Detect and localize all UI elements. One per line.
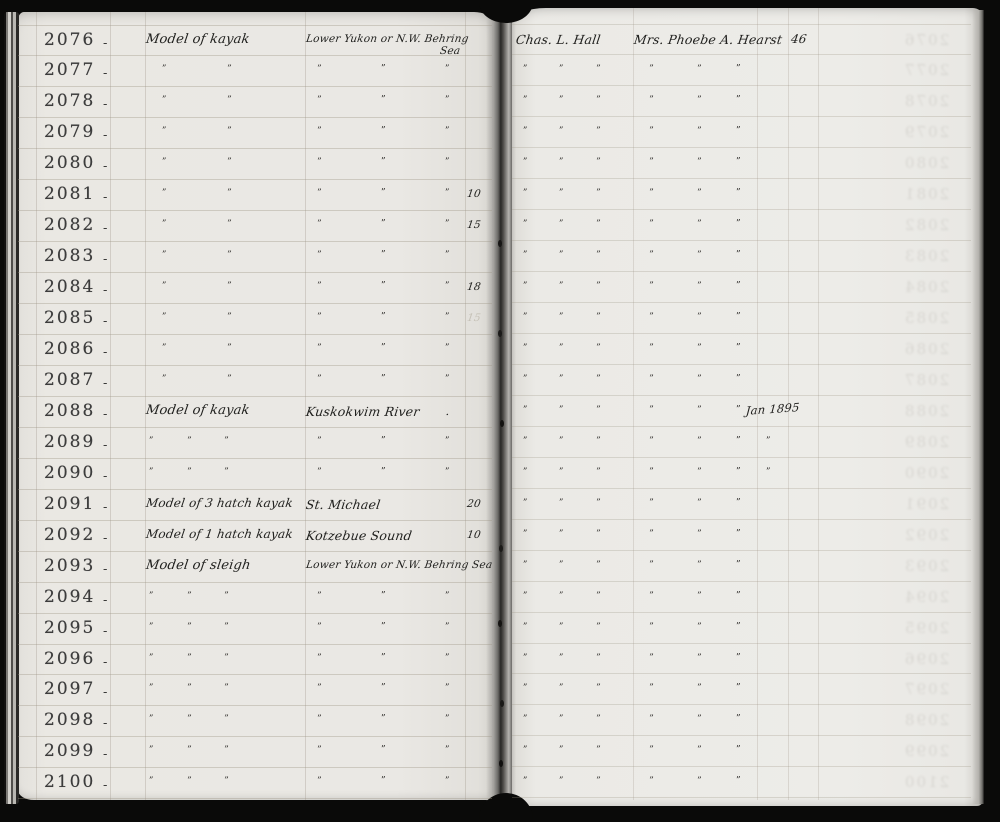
ditto-mark: ”: [596, 313, 601, 322]
ditto-mark: ”: [596, 127, 601, 136]
description-handwriting: Model of 1 hatch kayak: [145, 527, 294, 541]
ditto-mark: ”: [649, 468, 654, 477]
row-rule-line: [512, 519, 971, 520]
description-handwriting: Model of 3 hatch kayak: [145, 496, 294, 510]
ditto-mark: ”: [317, 653, 322, 662]
ditto-mark: ”: [736, 344, 741, 353]
ditto-mark: ”: [523, 96, 528, 105]
ditto-mark: ”: [227, 375, 232, 384]
ditto-mark: ”: [381, 96, 386, 105]
ditto-mark: ”: [381, 437, 386, 446]
bleed-through-number: 2078: [903, 92, 949, 110]
ditto-mark: ”: [162, 375, 167, 384]
row-number: 2079: [44, 122, 95, 142]
ditto-mark: ”: [381, 375, 386, 384]
ditto-mark: ”: [381, 282, 386, 291]
ditto-mark: ”: [736, 96, 741, 105]
ditto-mark: ”: [736, 251, 741, 260]
ditto-mark: ”: [445, 777, 450, 786]
row-number: 2088: [44, 401, 95, 421]
ditto-mark: ”: [149, 437, 154, 446]
ditto-mark: ”: [596, 220, 601, 229]
ditto-mark: ”: [149, 777, 154, 786]
row-number: 2096: [44, 649, 95, 669]
ditto-mark: ”: [523, 406, 528, 415]
ditto-mark: ”: [596, 653, 601, 662]
ditto-mark: ”: [697, 777, 702, 786]
book-binding-edge: [4, 12, 19, 804]
ditto-mark: ”: [381, 623, 386, 632]
ditto-mark: ”: [445, 96, 450, 105]
ditto-mark: ”: [187, 622, 192, 631]
ditto-mark: ”: [523, 499, 528, 508]
ditto-mark: ”: [649, 499, 654, 508]
ditto-mark: ”: [162, 158, 167, 167]
ditto-mark: ”: [697, 653, 702, 662]
quantity-handwriting: 15: [466, 219, 481, 231]
ditto-mark: ”: [187, 746, 192, 755]
ditto-mark: ”: [596, 251, 601, 260]
row-number: 2080: [44, 153, 95, 173]
ditto-mark: ”: [697, 189, 702, 198]
ditto-mark: ”: [317, 344, 322, 353]
row-rule-line: [512, 302, 971, 303]
ditto-mark: ”: [736, 715, 741, 724]
ditto-mark: ”: [596, 746, 601, 755]
ditto-mark: ”: [317, 777, 322, 786]
ditto-mark: ”: [523, 715, 528, 724]
ditto-mark: ”: [559, 530, 564, 539]
ditto-mark: ”: [149, 746, 154, 755]
ditto-mark: ”: [736, 220, 741, 229]
ditto-mark: ”: [649, 189, 654, 198]
ditto-mark: ”: [381, 220, 386, 229]
ditto-mark: ”: [445, 746, 450, 755]
ledger-scan: 2076-Model of kayakLower Yukon or N.W. B…: [0, 0, 1000, 822]
ditto-mark: ”: [649, 746, 654, 755]
row-rule-line: [512, 364, 971, 365]
ditto-mark: ”: [596, 468, 601, 477]
ditto-mark: ”: [317, 313, 322, 322]
locality-handwriting: St. Michael: [305, 497, 382, 512]
ditto-mark: ”: [523, 282, 528, 291]
row-dash-mark: -: [103, 317, 107, 327]
ditto-mark: ”: [445, 653, 450, 662]
ditto-mark: ”: [224, 437, 229, 446]
ditto-mark: ”: [187, 437, 192, 446]
bleed-through-number: 2085: [903, 309, 949, 327]
ditto-mark: ”: [317, 127, 322, 136]
ditto-mark: ”: [559, 375, 564, 384]
ditto-mark: ”: [149, 622, 154, 631]
ditto-mark: ”: [227, 282, 232, 291]
ditto-mark: ”: [317, 251, 322, 260]
ditto-mark: ”: [736, 158, 741, 167]
ditto-mark: ”: [649, 622, 654, 631]
ditto-mark: ”: [736, 684, 741, 693]
row-number: 2097: [44, 679, 95, 699]
ditto-mark: ”: [596, 591, 601, 600]
row-rule-line: [512, 271, 971, 272]
ditto-mark: ”: [596, 189, 601, 198]
ditto-mark: ”: [649, 561, 654, 570]
ditto-mark: ”: [697, 499, 702, 508]
ditto-mark: ”: [697, 251, 702, 260]
ditto-mark: ”: [317, 684, 322, 693]
row-number: 2082: [44, 215, 95, 235]
row-rule-line: [18, 303, 492, 304]
ditto-mark: ”: [187, 653, 192, 662]
row-rule-line: [512, 395, 971, 396]
ditto-mark: ”: [187, 715, 192, 724]
ditto-mark: ”: [596, 530, 601, 539]
row-rule-line: [18, 613, 492, 614]
collector-name-handwriting: Chas. L. Hall: [515, 32, 602, 47]
ditto-mark: ”: [381, 654, 386, 663]
ditto-mark: ”: [559, 282, 564, 291]
ditto-mark: ”: [697, 158, 702, 167]
ditto-mark: ”: [523, 375, 528, 384]
ditto-mark: ”: [596, 715, 601, 724]
row-dash-mark: -: [103, 750, 107, 760]
ditto-mark: ”: [697, 406, 702, 415]
ditto-mark: ”: [523, 468, 528, 477]
quantity-handwriting: 20: [466, 498, 481, 510]
row-rule-line: [512, 240, 971, 241]
ditto-mark: ”: [559, 406, 564, 415]
ditto-mark: ”: [697, 282, 702, 291]
ditto-mark: ”: [317, 96, 322, 105]
ditto-mark: ”: [596, 282, 601, 291]
column-rule-line: [110, 12, 111, 800]
bleed-through-number: 2083: [903, 247, 949, 265]
row-number: 2091: [44, 494, 95, 514]
row-dash-mark: -: [103, 131, 107, 141]
bleed-through-number: 2079: [903, 123, 949, 141]
ditto-mark: ”: [736, 561, 741, 570]
row-rule-line: [18, 334, 492, 335]
bleed-through-number: 2098: [903, 711, 949, 729]
bleed-through-number: 2097: [903, 680, 949, 698]
row-dash-mark: -: [103, 410, 107, 420]
ditto-mark: ”: [649, 592, 654, 601]
ditto-mark: ”: [649, 375, 654, 384]
ditto-mark: ”: [317, 437, 322, 446]
row-rule-line: [512, 116, 971, 117]
row-rule-line: [18, 582, 492, 583]
row-dash-mark: -: [103, 719, 107, 729]
row-rule-line: [18, 365, 492, 366]
row-rule-line: [512, 209, 971, 210]
ditto-mark: ”: [736, 592, 741, 601]
row-number: 2092: [44, 525, 95, 545]
ditto-mark: ”: [523, 622, 528, 631]
row-dash-mark: -: [103, 441, 107, 451]
ditto-mark: ”: [697, 684, 702, 693]
ditto-mark: ”: [317, 715, 322, 724]
ditto-mark: ”: [162, 344, 167, 353]
row-dash-mark: -: [103, 688, 107, 698]
ditto-mark: ”: [381, 344, 386, 353]
row-rule-line: [512, 704, 971, 705]
ditto-mark: ”: [162, 65, 167, 74]
ditto-mark: ”: [162, 313, 167, 322]
ditto-mark: ”: [697, 127, 702, 136]
ditto-mark: ”: [227, 220, 232, 229]
ditto-mark: ”: [445, 127, 450, 136]
ditto-mark: ”: [559, 561, 564, 570]
ditto-mark: ”: [697, 468, 702, 477]
ditto-mark: ”: [149, 684, 154, 693]
ditto-mark: ”: [445, 684, 450, 693]
ditto-mark: ”: [596, 96, 601, 105]
bleed-through-number: 2076: [903, 31, 949, 49]
row-number: 2094: [44, 587, 95, 607]
page-edge-right: [972, 10, 984, 804]
ditto-mark: ”: [559, 499, 564, 508]
ditto-mark: ”: [445, 251, 450, 260]
ditto-mark: ”: [523, 684, 528, 693]
ditto-mark: ”: [149, 591, 154, 600]
row-rule-line: [18, 520, 492, 521]
ditto-mark: ”: [445, 344, 450, 353]
ditto-mark: ”: [381, 777, 386, 786]
row-rule-line: [18, 705, 492, 706]
book-gutter: [486, 8, 516, 806]
ditto-mark: ”: [162, 96, 167, 105]
ditto-mark: ”: [187, 777, 192, 786]
row-number: 2076: [44, 30, 95, 50]
ditto-mark: ”: [523, 220, 528, 229]
ditto-mark: ”: [523, 127, 528, 136]
ditto-mark: ”: [381, 715, 386, 724]
ditto-mark: ”: [736, 654, 741, 663]
ditto-mark: ”: [317, 65, 322, 74]
ditto-mark: ”: [697, 746, 702, 755]
row-rule-line: [512, 581, 971, 582]
ledger-note-handwriting: 46: [790, 32, 808, 46]
ditto-mark: ”: [224, 622, 229, 631]
ditto-mark: ”: [736, 437, 741, 446]
ditto-mark: ”: [649, 777, 654, 786]
ditto-mark: ”: [445, 282, 450, 291]
ditto-mark: ”: [736, 777, 741, 786]
ditto-mark: ”: [445, 437, 450, 446]
row-rule-line: [512, 643, 971, 644]
ditto-mark: ”: [559, 158, 564, 167]
ditto-mark: ”: [697, 344, 702, 353]
ditto-mark: ”: [649, 653, 654, 662]
donor-name-handwriting: Mrs. Phoebe A. Hearst: [633, 32, 783, 47]
locality-handwriting: Kotzebue Sound: [305, 528, 413, 543]
ditto-mark: ”: [381, 684, 386, 693]
row-rule-line: [512, 612, 971, 613]
column-rule-line: [633, 8, 634, 800]
ditto-mark: ”: [317, 158, 322, 167]
ditto-mark: ”: [697, 375, 702, 384]
ditto-mark: ”: [523, 561, 528, 570]
ditto-mark: ”: [559, 65, 564, 74]
ditto-mark: ”: [559, 251, 564, 260]
ditto-mark: ”: [162, 189, 167, 198]
row-dash-mark: -: [103, 627, 107, 637]
ditto-mark: ”: [649, 715, 654, 724]
ditto-mark: ”: [649, 220, 654, 229]
bleed-through-number: 2077: [903, 61, 949, 79]
bleed-through-number: 2092: [903, 526, 949, 544]
ditto-mark: ”: [736, 282, 741, 291]
description-handwriting: Model of kayak: [145, 32, 251, 47]
ditto-mark: ”: [596, 344, 601, 353]
row-number: 2077: [44, 60, 95, 80]
bleed-through-number: 2080: [903, 154, 949, 172]
bleed-through-number: 2091: [903, 495, 949, 513]
ditto-mark: ”: [523, 251, 528, 260]
bleed-through-number: 2086: [903, 340, 949, 358]
ditto-mark: ”: [149, 468, 154, 477]
ditto-mark: ”: [596, 406, 601, 415]
ditto-mark: ”: [523, 189, 528, 198]
ditto-mark: ”: [697, 530, 702, 539]
ditto-mark: ”: [697, 592, 702, 601]
row-rule-line: [18, 272, 492, 273]
ditto-mark: ”: [317, 375, 322, 384]
ditto-mark: ”: [162, 251, 167, 260]
ditto-mark: ”: [736, 127, 741, 136]
ditto-mark: ”: [559, 344, 564, 353]
ditto-mark: ”: [736, 313, 741, 322]
row-dash-mark: -: [103, 286, 107, 296]
ditto-mark: ”: [317, 282, 322, 291]
row-rule-line: [512, 85, 971, 86]
bleed-through-number: 2088: [903, 402, 949, 420]
ditto-mark: ”: [697, 96, 702, 105]
quantity-handwriting: 10: [466, 529, 481, 541]
ditto-mark: ”: [697, 313, 702, 322]
row-rule-line: [512, 24, 971, 25]
ditto-mark: ”: [523, 158, 528, 167]
ditto-mark: ”: [381, 746, 386, 755]
ditto-mark: ”: [697, 437, 702, 446]
ditto-mark: ”: [317, 623, 322, 632]
row-dash-mark: -: [103, 224, 107, 234]
bleed-through-number: 2082: [903, 216, 949, 234]
bleed-through-number: 2081: [903, 185, 949, 203]
ditto-mark: ”: [227, 127, 232, 136]
ditto-mark: ”: [445, 65, 450, 74]
row-number: 2098: [44, 710, 95, 730]
ditto-mark: ”: [596, 777, 601, 786]
ditto-mark: ”: [596, 437, 601, 446]
row-dash-mark: -: [103, 100, 107, 110]
ditto-mark: ”: [381, 189, 386, 198]
row-number: 2099: [44, 741, 95, 761]
row-number: 2089: [44, 432, 95, 452]
row-number: 2100: [44, 772, 95, 792]
ditto-mark: ”: [523, 437, 528, 446]
bleed-through-number: 2093: [903, 557, 949, 575]
ditto-mark: ”: [224, 715, 229, 724]
ditto-mark: ”: [596, 375, 601, 384]
row-rule-line: [18, 148, 492, 149]
ditto-mark: ”: [224, 653, 229, 662]
ditto-mark: ”: [736, 189, 741, 198]
ditto-mark: ”: [649, 96, 654, 105]
ditto-mark: ”: [227, 251, 232, 260]
ditto-mark: ”: [559, 220, 564, 229]
ditto-mark: ”: [559, 777, 564, 786]
ditto-mark: ”: [227, 158, 232, 167]
row-rule-line: [18, 210, 492, 211]
row-rule-line: [18, 25, 492, 26]
row-dash-mark: -: [103, 39, 107, 49]
row-rule-line: [18, 489, 492, 490]
ditto-mark: ”: [649, 127, 654, 136]
ditto-mark: ”: [649, 251, 654, 260]
column-rule-line: [36, 12, 37, 800]
row-dash-mark: -: [103, 379, 107, 389]
ditto-mark: ”: [736, 468, 741, 477]
ditto-mark: ”: [649, 344, 654, 353]
row-rule-line: [512, 550, 971, 551]
row-rule-line: [18, 458, 492, 459]
row-dash-mark: -: [103, 658, 107, 668]
row-dash-mark: -: [103, 503, 107, 513]
row-rule-line: [18, 241, 492, 242]
ditto-mark: ”: [445, 592, 450, 601]
ditto-mark: ”: [559, 591, 564, 600]
ditto-mark: ”: [381, 468, 386, 477]
ditto-mark: ”: [445, 715, 450, 724]
row-rule-line: [512, 735, 971, 736]
ditto-mark: ”: [559, 437, 564, 446]
ditto-mark: ”: [224, 592, 229, 601]
ditto-mark: ”: [317, 220, 322, 229]
ditto-mark: ”: [649, 282, 654, 291]
ditto-mark: ”: [227, 189, 232, 198]
ditto-mark: ”: [149, 715, 154, 724]
ditto-mark: ”: [766, 437, 771, 446]
locality-handwriting-line2: Sea: [439, 45, 461, 57]
ditto-mark: ”: [697, 623, 702, 632]
row-number: 2084: [44, 277, 95, 297]
ditto-mark: ”: [381, 251, 386, 260]
ditto-mark: ”: [381, 65, 386, 74]
row-number: 2081: [44, 184, 95, 204]
ditto-mark: ”: [523, 777, 528, 786]
ditto-mark: ”: [596, 158, 601, 167]
locality-handwriting: Lower Yukon or N.W. Behring: [305, 33, 469, 45]
ditto-mark: ”: [162, 220, 167, 229]
ditto-mark: ”: [559, 468, 564, 477]
ditto-mark: ”: [224, 777, 229, 786]
row-rule-line: [512, 147, 971, 148]
ditto-mark: ”: [649, 406, 654, 415]
bleed-through-number: 2090: [903, 464, 949, 482]
row-rule-line: [18, 736, 492, 737]
ditto-mark: ”: [736, 406, 741, 415]
quantity-handwriting: 18: [466, 281, 481, 293]
ditto-mark: ”: [649, 65, 654, 74]
ditto-mark: ”: [445, 468, 450, 477]
ditto-mark: ”: [224, 684, 229, 693]
ditto-mark: ”: [445, 313, 450, 322]
ditto-mark: ”: [649, 684, 654, 693]
row-dash-mark: -: [103, 162, 107, 172]
ditto-mark: ”: [596, 561, 601, 570]
ditto-mark: ”: [736, 530, 741, 539]
ditto-mark: ”: [559, 96, 564, 105]
